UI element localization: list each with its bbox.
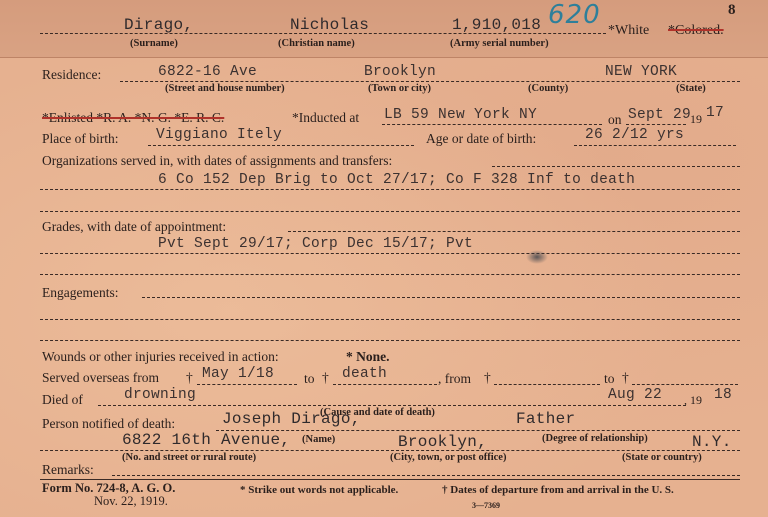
organizations-value: 6 Co 152 Dep Brig to Oct 27/17; Co F 328… xyxy=(158,172,635,188)
town-caption: (Town or city) xyxy=(368,83,431,94)
serial-caption: (Army serial number) xyxy=(450,38,549,49)
inducted-at: LB 59 New York NY xyxy=(384,107,537,123)
induction-year-prefix: 19 xyxy=(690,112,702,127)
residence-label: Residence: xyxy=(42,67,101,83)
surname: Dirago, xyxy=(124,16,193,34)
street-caption: (Street and house number) xyxy=(165,83,285,94)
army-serial-number: 1,910,018 xyxy=(452,16,541,34)
race-white: *White xyxy=(608,23,649,39)
death-year-prefix: , 19 xyxy=(684,393,702,408)
remarks-line xyxy=(112,475,740,476)
print-code: 3—7369 xyxy=(472,501,500,510)
inducted-line xyxy=(382,124,602,125)
christian-name: Nicholas xyxy=(290,16,369,34)
overseas-label: Served overseas from xyxy=(42,370,159,386)
overseas-dagger-1: † xyxy=(186,370,193,386)
overseas-to: death xyxy=(342,366,387,382)
residence-line xyxy=(120,81,740,82)
birth-place-line xyxy=(148,145,414,146)
footer-rule xyxy=(40,479,740,480)
ink-smudge xyxy=(526,250,548,264)
grades-line-1 xyxy=(288,231,740,232)
grades-line-2 xyxy=(40,253,740,254)
grades-line-3 xyxy=(40,274,740,275)
overseas-dagger-4: † xyxy=(622,370,629,386)
state-country-caption: (State or country) xyxy=(622,452,702,463)
induction-date: Sept 29 xyxy=(628,107,691,123)
organizations-label: Organizations served in, with dates of a… xyxy=(42,153,392,169)
overseas-from2-label: , from xyxy=(438,371,471,387)
age-line xyxy=(574,145,736,146)
wounds-label: Wounds or other injuries received in act… xyxy=(42,349,279,365)
engagements-label: Engagements: xyxy=(42,285,118,301)
overseas-to2-label: to xyxy=(604,371,615,387)
died-of-line xyxy=(98,405,686,406)
overseas-to-label: to xyxy=(304,371,315,387)
overseas-to2-line xyxy=(632,384,738,385)
notified-street: 6822 16th Avenue, xyxy=(122,431,290,449)
notified-label: Person notified of death: xyxy=(42,416,175,432)
header-band xyxy=(0,0,768,58)
notified-state: N.Y. xyxy=(692,433,732,451)
city-caption: (City, town, or post office) xyxy=(390,452,506,463)
handwritten-annotation: 620 xyxy=(548,0,601,30)
inducted-label: *Inducted at xyxy=(292,110,359,126)
address-line xyxy=(40,450,740,451)
notified-relationship: Father xyxy=(516,410,575,428)
overseas-from-line xyxy=(197,384,297,385)
cause-of-death: drowning xyxy=(124,387,196,403)
service-record-card: Dirago, Nicholas 1,910,018 620 (Surname)… xyxy=(0,0,768,517)
date-line xyxy=(626,124,686,125)
card-number: 8 xyxy=(728,2,736,19)
race-colored-struck: *Colored. xyxy=(668,23,724,39)
notified-name: Joseph Dirago, xyxy=(222,410,361,428)
notified-city: Brooklyn, xyxy=(398,433,487,451)
christian-name-caption: (Christian name) xyxy=(278,38,355,49)
enlistment-options-struck: *Enlisted *R. A. *N. G. *E. R. C. xyxy=(42,110,224,126)
organizations-line-1 xyxy=(492,166,740,167)
remarks-label: Remarks: xyxy=(42,462,94,478)
strike-note: * Strike out words not applicable. xyxy=(240,484,398,496)
wounds-value: * None. xyxy=(346,349,390,365)
grades-value: Pvt Sept 29/17; Corp Dec 15/17; Pvt xyxy=(158,236,473,252)
age-label: Age or date of birth: xyxy=(426,131,536,147)
overseas-from: May 1/18 xyxy=(202,366,274,382)
name-caption: (Name) xyxy=(302,434,335,445)
overseas-dagger-3: † xyxy=(484,370,491,386)
residence-street: 6822-16 Ave xyxy=(158,64,257,80)
residence-town: Brooklyn xyxy=(364,64,436,80)
on-label: on xyxy=(608,112,622,128)
dates-note: † Dates of departure from and arrival in… xyxy=(442,484,674,496)
engagements-line-2 xyxy=(40,319,740,320)
overseas-to-line xyxy=(333,384,437,385)
relationship-caption: (Degree of relationship) xyxy=(542,433,648,444)
surname-caption: (Surname) xyxy=(130,38,178,49)
place-of-birth: Viggiano Itely xyxy=(156,127,282,143)
place-of-birth-label: Place of birth: xyxy=(42,131,118,147)
engagements-line-3 xyxy=(40,340,740,341)
notified-line xyxy=(216,430,740,431)
died-of-label: Died of xyxy=(42,392,83,408)
organizations-line-3 xyxy=(40,211,740,212)
overseas-from2-line xyxy=(494,384,600,385)
form-date: Nov. 22, 1919. xyxy=(94,494,168,509)
state-caption: (State) xyxy=(676,83,706,94)
induction-year-suffix: 17 xyxy=(706,105,724,121)
overseas-dagger-2: † xyxy=(322,370,329,386)
street-rural-caption: (No. and street or rural route) xyxy=(122,452,256,463)
residence-state: NEW YORK xyxy=(605,64,677,80)
organizations-line-2 xyxy=(40,189,740,190)
engagements-line-1 xyxy=(142,297,740,298)
death-date: Aug 22 xyxy=(608,387,662,403)
death-year-suffix: 18 xyxy=(714,387,732,403)
age: 26 2/12 yrs xyxy=(585,127,684,143)
county-caption: (County) xyxy=(528,83,568,94)
grades-label: Grades, with date of appointment: xyxy=(42,219,226,235)
